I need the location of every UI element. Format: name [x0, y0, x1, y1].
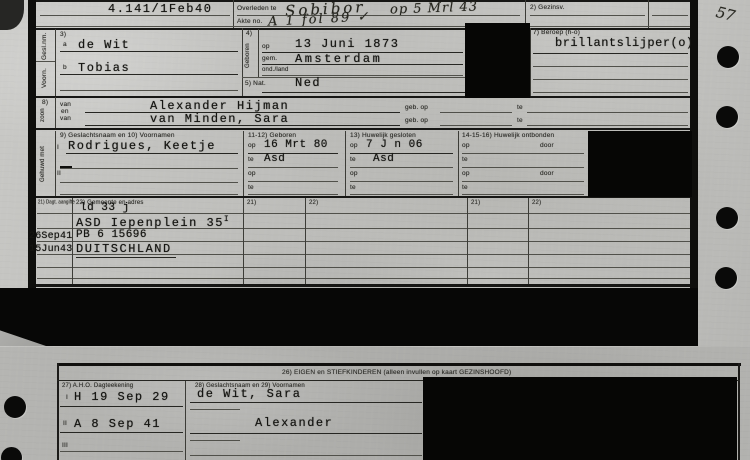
rule	[190, 402, 422, 403]
child-row-1-date: H 19 Sep 29	[74, 390, 170, 404]
rule	[533, 53, 688, 54]
address-row-4: DUITSCHLAND	[76, 242, 172, 256]
gehuwd-met-vertical-label: Gehuwd met	[40, 136, 46, 192]
birth-date-value: 13 Juni 1873	[295, 37, 399, 51]
divider	[648, 0, 649, 28]
divider	[305, 198, 306, 285]
rule	[533, 79, 688, 80]
address-row-2-text: ASD Iepenplein 35	[76, 216, 224, 230]
van-label-1: van	[60, 101, 71, 108]
dissolved-header: 14-15-16) Huwelijk ontbonden	[462, 132, 554, 139]
child-row-2-name: Alexander	[255, 416, 333, 430]
child-row-3-numeral: III	[62, 442, 68, 449]
table-date-header: 21) Dagt. aangifte	[38, 200, 75, 205]
birth-gem-label: gem.	[262, 55, 277, 62]
gezinsv-label: 2) Gezinsv.	[530, 4, 565, 11]
punch-hole	[717, 46, 739, 68]
divider	[243, 131, 244, 196]
father-name-value: Alexander Hijman	[150, 99, 289, 113]
born-op-label: op	[248, 142, 256, 149]
rule	[60, 451, 183, 452]
rule	[37, 278, 690, 279]
te-label-1: te	[517, 104, 523, 111]
rule	[37, 267, 690, 268]
rule	[60, 182, 238, 183]
scan-black-bar	[0, 288, 698, 346]
divider	[233, 0, 234, 28]
children-header: 26) EIGEN en STIEFKINDEREN (alleen invul…	[282, 369, 511, 376]
rule	[60, 90, 238, 91]
married-op-label: op	[350, 142, 358, 149]
divider	[528, 198, 529, 285]
overleden-label: Overleden te	[237, 5, 277, 12]
van-label-2: van	[60, 115, 71, 122]
divider	[458, 131, 459, 196]
rule	[60, 406, 183, 407]
geboren-vertical-label: Geboren	[245, 37, 251, 75]
rule	[462, 194, 584, 195]
dissolved-te-label: te	[462, 156, 468, 163]
rule	[350, 194, 453, 195]
rule	[262, 75, 463, 76]
numeral-II: II	[57, 170, 61, 177]
rule	[60, 432, 183, 433]
children-date-column-header: 27) A.H.O. Dagteekening	[62, 383, 133, 389]
child-row-1-numeral: I	[66, 394, 68, 401]
divider	[530, 28, 531, 96]
registration-number: 4.141/1Feb40	[108, 2, 212, 16]
rule	[533, 92, 688, 93]
rule	[40, 15, 230, 16]
rule	[60, 168, 238, 169]
date-row-4: 15Jun43	[29, 244, 72, 255]
dissolved-door-label: door	[540, 142, 554, 149]
rule	[85, 125, 400, 126]
voornaam-vertical-label: Voorn.	[41, 64, 48, 92]
punch-hole	[4, 396, 26, 418]
divider	[55, 131, 56, 196]
numeral-I: I	[57, 144, 59, 151]
rule	[262, 64, 463, 65]
rule	[190, 440, 240, 441]
beroep-value: brillantslijper(o)	[555, 36, 694, 50]
geb-op-label-2: geb. op	[405, 117, 428, 124]
child-row-2-date: A 8 Sep 41	[74, 417, 161, 431]
first-names-value: Tobias	[78, 61, 130, 75]
rule	[190, 455, 422, 456]
rule	[66, 153, 238, 154]
section3-number: 3)	[60, 31, 66, 38]
te-label-2: te	[517, 117, 523, 124]
section-separator	[36, 128, 690, 130]
punch-hole	[715, 267, 737, 289]
redaction-box	[588, 131, 692, 197]
underline-duitschland	[76, 257, 176, 258]
table-bottom-border	[36, 284, 690, 287]
rule	[60, 74, 238, 75]
birth-ondland-label: ond./land	[262, 67, 289, 73]
section-separator	[36, 96, 690, 98]
redaction-box	[423, 377, 737, 460]
geslachtsnaam-vertical-label: Gesl.nm.	[41, 33, 48, 60]
rule	[440, 125, 512, 126]
rule	[533, 66, 688, 67]
rule	[248, 167, 338, 168]
married-header: 13) Huwelijk gesloten	[350, 132, 416, 139]
akte-label: Akte no.	[237, 18, 262, 25]
en-label: en	[61, 108, 69, 115]
rule	[527, 112, 688, 113]
marriage-date: 7 J n 06	[366, 139, 423, 151]
dissolved-door-label-2: door	[540, 170, 554, 177]
rule	[350, 181, 453, 182]
children-card-left-border	[57, 363, 59, 460]
children-card-right-border	[738, 363, 740, 460]
table-21b-header: 21)	[247, 200, 256, 206]
born-te-label-2: te	[248, 184, 254, 191]
rule	[248, 181, 338, 182]
born-op-label-2: op	[248, 170, 256, 177]
rule	[462, 153, 584, 154]
marker-b: b	[63, 64, 67, 71]
address-row-1: ld 33 j	[80, 202, 130, 214]
punch-hole	[716, 106, 738, 128]
married-te-label-2: te	[350, 184, 356, 191]
divider	[467, 198, 468, 285]
date-row-3: 26Sep41	[29, 231, 72, 242]
spouse-born-date: 16 Mrt 80	[264, 139, 328, 151]
geb-op-label-1: geb. op	[405, 104, 428, 111]
divider	[55, 97, 56, 128]
marker-a: a	[63, 41, 67, 48]
address-row-2-sup: I	[224, 215, 230, 224]
divider	[243, 198, 244, 285]
address-row-3: PB 6 15696	[76, 229, 147, 241]
divider	[242, 28, 243, 96]
rule	[248, 153, 338, 154]
rule	[190, 409, 240, 410]
table-21c-header: 21)	[471, 200, 480, 206]
rule	[440, 112, 512, 113]
married-op-label-2: op	[350, 170, 358, 177]
spouse-born-place: Asd	[264, 153, 285, 165]
marriage-names-header: 9) Geslachtsnaam en 10) Voornamen	[60, 132, 175, 139]
dissolved-op-label-2: op	[462, 170, 470, 177]
divider	[258, 29, 259, 77]
punch-hole	[716, 207, 738, 229]
divider	[345, 131, 346, 196]
married-te-label: te	[350, 156, 356, 163]
section-separator	[36, 28, 690, 30]
rule	[530, 15, 645, 16]
nationality-value: Ned	[295, 76, 321, 90]
divider	[185, 381, 186, 460]
address-row-2: ASD Iepenplein 35I	[76, 215, 230, 230]
children-card-top-border	[57, 363, 741, 366]
divider	[55, 29, 56, 96]
child-row-1-name: de Wit, Sara	[197, 387, 301, 401]
zoon-vertical-label: zoon	[40, 103, 46, 127]
rule	[60, 194, 238, 195]
section4-number: 4)	[246, 30, 252, 37]
nationality-label: 5) Nat.	[245, 80, 266, 87]
mother-name-value: van Minden, Sara	[150, 112, 289, 126]
rule	[248, 194, 338, 195]
rule	[37, 213, 690, 214]
rule	[652, 15, 688, 16]
rule	[462, 181, 584, 182]
born-te-label: te	[248, 156, 254, 163]
rule	[36, 61, 55, 62]
born-header: 11-12) Geboren	[248, 132, 296, 139]
spouse-name-value: Rodrigues, Keetje	[68, 139, 216, 153]
beroep-label: 7) Beroep (h-o)	[533, 29, 580, 36]
rule	[350, 167, 453, 168]
rule	[527, 125, 688, 126]
child-row-2-numeral: II	[63, 420, 67, 427]
table-22b-header: 22)	[309, 200, 318, 206]
dissolved-te-label-2: te	[462, 184, 468, 191]
table-22c-header: 22)	[532, 200, 541, 206]
rule	[462, 167, 584, 168]
rule	[60, 51, 238, 52]
surname-value: de Wit	[78, 38, 130, 52]
marriage-place: Asd	[373, 153, 394, 165]
rule	[36, 26, 690, 27]
redaction-box	[465, 23, 530, 98]
birth-op-label: op	[262, 43, 270, 50]
rule	[350, 153, 453, 154]
rule	[190, 433, 422, 434]
scanned-registration-card: 4.141/1Feb40 Overleden te Sobibor op 5 M…	[0, 0, 750, 460]
dissolved-op-label: op	[462, 142, 470, 149]
